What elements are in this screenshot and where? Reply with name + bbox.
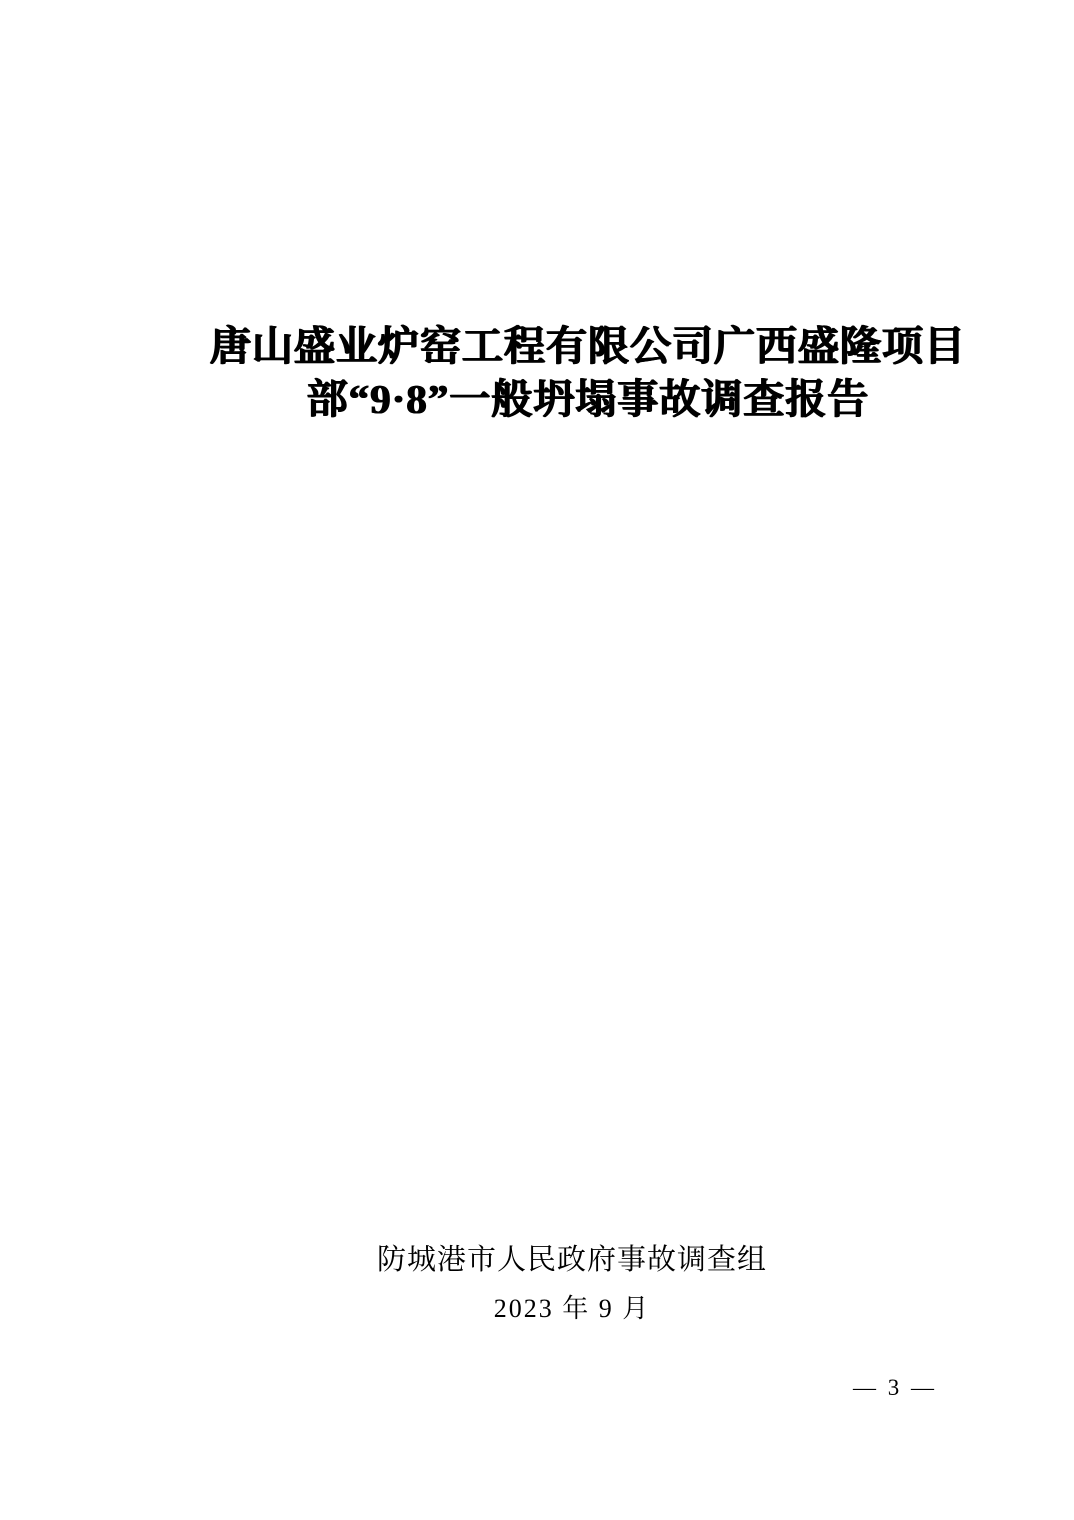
report-date: 2023 年 9 月 — [70, 1288, 1074, 1325]
page-number: — 3 — — [853, 1375, 937, 1401]
report-title-line-2: 部“9·8”一般坍塌事故调查报告 — [102, 373, 1074, 426]
report-title-line-1: 唐山盛业炉窑工程有限公司广西盛隆项目 — [102, 320, 1074, 373]
document-page: 唐山盛业炉窑工程有限公司广西盛隆项目 部“9·8”一般坍塌事故调查报告 防城港市… — [0, 0, 1074, 1520]
report-title: 唐山盛业炉窑工程有限公司广西盛隆项目 部“9·8”一般坍塌事故调查报告 — [102, 320, 1074, 426]
issuing-organization: 防城港市人民政府事故调查组 — [70, 1237, 1074, 1278]
